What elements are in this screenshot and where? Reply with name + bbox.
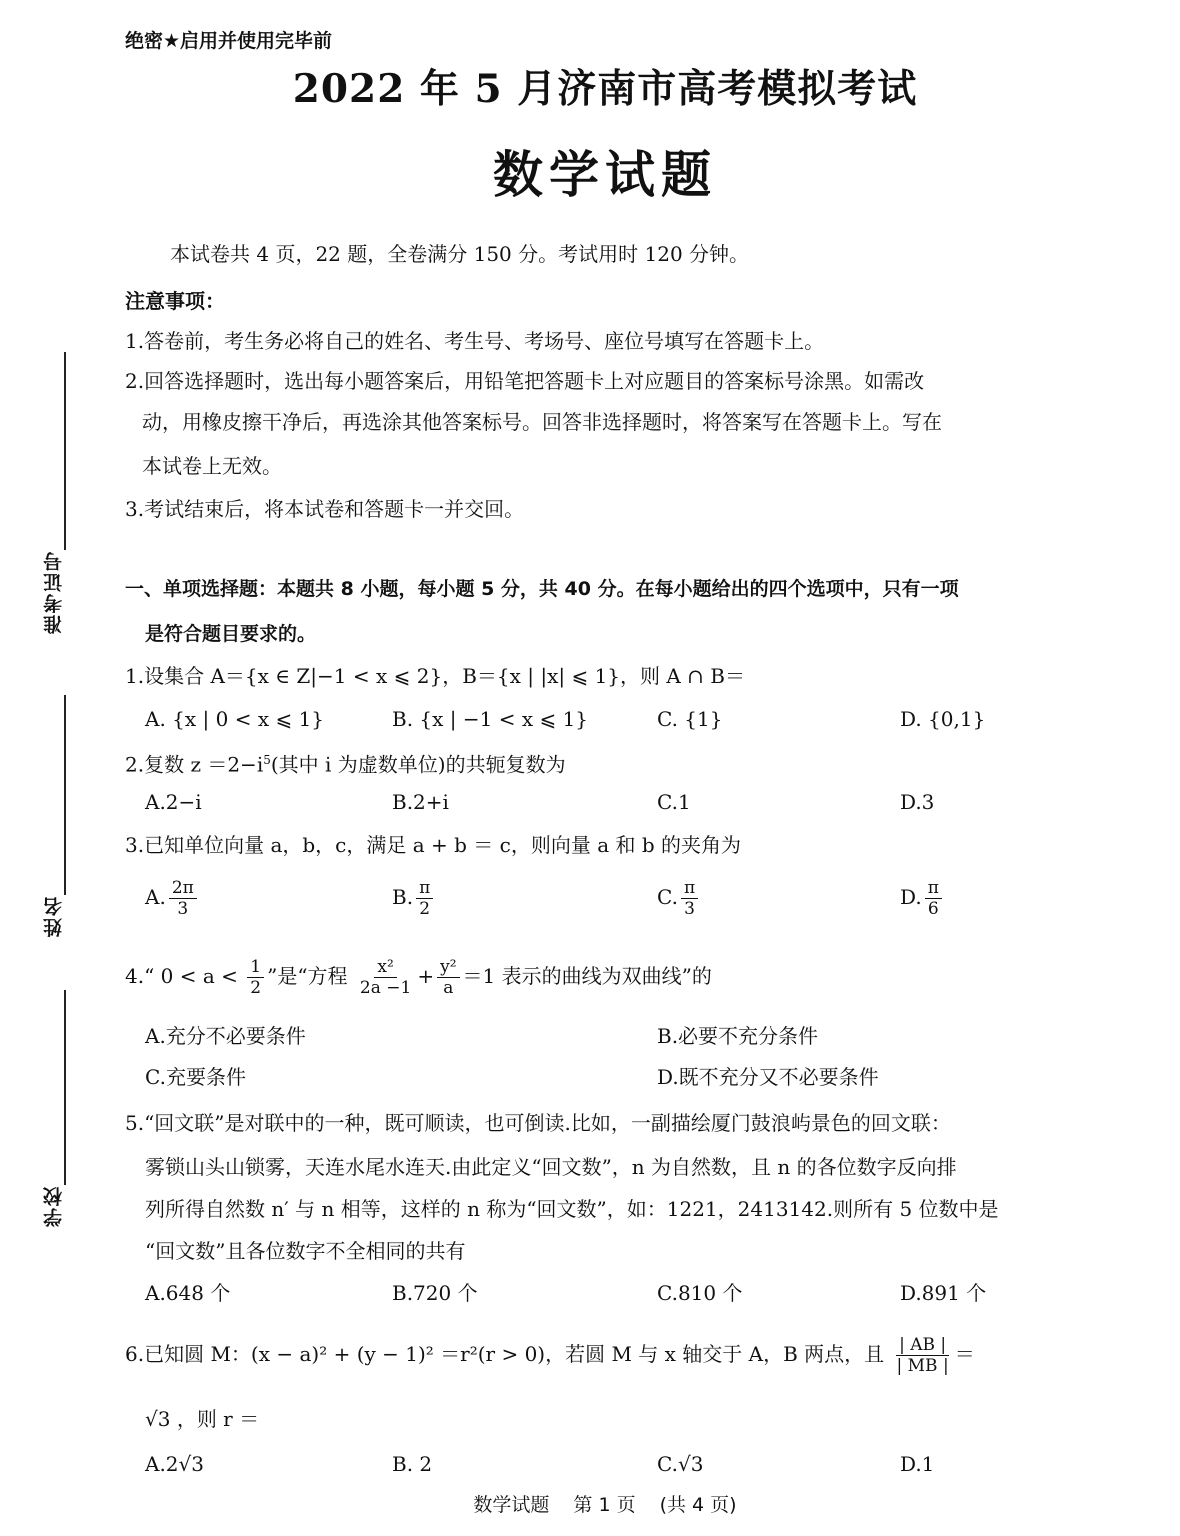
question-4-option-d: D.既不充分又不必要条件 xyxy=(657,1063,879,1091)
denominator: 3 xyxy=(174,899,191,919)
exam-page: 准考证号 姓名 学校 绝密★启用并使用完毕前 2022 年 5 月济南市高考模拟… xyxy=(0,0,1180,1536)
page-footer: 数学试题第 1 页(共 4 页) xyxy=(0,1490,1180,1517)
option-label: C. xyxy=(657,885,678,909)
question-6-stem: 6.已知圆 M：(x − a)² + (y − 1)² ＝r²(r > 0)，若… xyxy=(125,1332,975,1376)
denominator: 2a −1 xyxy=(357,978,414,998)
denominator: | MB | xyxy=(894,1356,952,1376)
denominator: 3 xyxy=(681,899,698,919)
question-1-option-a: A. {x | 0 < x ⩽ 1} xyxy=(145,705,324,733)
question-6-option-d: D.1 xyxy=(900,1450,934,1478)
name-line xyxy=(64,695,66,895)
numerator: y² xyxy=(437,957,459,978)
notice-heading: 注意事项： xyxy=(125,287,225,315)
notice-item-2-cont: 动，用橡皮擦干净后，再选涂其他答案标号。回答非选择题时，将答案写在答题卡上。写在 xyxy=(142,408,942,436)
question-2-stem-post: (其中 i 为虚数单位)的共轭复数为 xyxy=(271,753,566,777)
school-label: 学校 xyxy=(40,1185,67,1227)
question-4-stem-mid: ”是“方程 xyxy=(267,964,347,988)
option-label: A. xyxy=(145,885,166,909)
denominator: 6 xyxy=(925,899,942,919)
question-2-option-a: A.2−i xyxy=(145,788,202,816)
footer-total-pages: (共 4 页) xyxy=(660,1494,737,1516)
question-1-stem: 1.设集合 A＝{x ∈ Z|−1 < x ⩽ 2}，B＝{x | |x| ⩽ … xyxy=(125,662,745,690)
question-1-option-b: B. {x | −1 < x ⩽ 1} xyxy=(392,705,588,733)
admission-number-label: 准考证号 xyxy=(40,550,67,634)
numerator: π xyxy=(681,878,698,899)
school-line xyxy=(64,990,66,1185)
question-6-option-c: C.√3 xyxy=(657,1450,703,1478)
numerator: | AB | xyxy=(896,1335,949,1356)
admission-number-line xyxy=(64,352,66,550)
name-label: 姓名 xyxy=(40,895,67,937)
denominator: 2 xyxy=(247,978,264,998)
question-3-stem: 3.已知单位向量 a，b，c，满足 a + b ＝ c，则向量 a 和 b 的夹… xyxy=(125,831,741,859)
fraction-y-squared: y²a xyxy=(437,957,459,998)
question-4-option-b: B.必要不充分条件 xyxy=(657,1022,818,1050)
plus-sign: + xyxy=(417,964,434,988)
question-1-option-c: C. {1} xyxy=(657,705,722,733)
question-5-option-d: D.891 个 xyxy=(900,1279,986,1307)
fraction-x-squared: x²2a −1 xyxy=(357,957,414,998)
option-label: D. xyxy=(900,885,922,909)
numerator: π xyxy=(925,878,942,899)
equals-sign: ＝ xyxy=(955,1342,975,1366)
notice-item-2-cont2: 本试卷上无效。 xyxy=(142,452,282,480)
denominator: a xyxy=(440,978,456,998)
option-label: B. xyxy=(392,885,413,909)
notice-item-1: 1.答卷前，考生务必将自己的姓名、考生号、考场号、座位号填写在答题卡上。 xyxy=(125,327,824,355)
question-5-stem-line-3: 列所得自然数 n′ 与 n 相等，这样的 n 称为“回文数”，如：1221，24… xyxy=(145,1195,999,1223)
numerator: 1 xyxy=(247,957,264,978)
question-4-option-a: A.充分不必要条件 xyxy=(145,1022,306,1050)
question-2-option-c: C.1 xyxy=(657,788,691,816)
section-1-heading: 一、单项选择题：本题共 8 小题，每小题 5 分，共 40 分。在每小题给出的四… xyxy=(125,575,959,603)
section-1-heading-cont: 是符合题目要求的。 xyxy=(145,620,316,648)
fraction: π2 xyxy=(416,878,433,919)
question-2-exponent: 5 xyxy=(263,753,271,767)
question-5-option-a: A.648 个 xyxy=(145,1279,230,1307)
notice-item-3: 3.考试结束后，将本试卷和答题卡一并交回。 xyxy=(125,495,524,523)
question-2-stem: 2.复数 z ＝2−i5(其中 i 为虚数单位)的共轭复数为 xyxy=(125,746,566,779)
question-3-option-c: C.π3 xyxy=(657,878,701,919)
question-6-option-b: B. 2 xyxy=(392,1450,432,1478)
fraction-one-half: 12 xyxy=(247,957,264,998)
fraction-ab-over-mb: | AB || MB | xyxy=(894,1335,952,1376)
question-5-option-c: C.810 个 xyxy=(657,1279,742,1307)
question-6-option-a: A.2√3 xyxy=(145,1450,204,1478)
exam-intro: 本试卷共 4 页，22 题，全卷满分 150 分。考试用时 120 分钟。 xyxy=(170,240,749,268)
question-3-option-a: A.2π3 xyxy=(145,878,200,919)
numerator: x² xyxy=(374,957,396,978)
question-5-stem-line-1: 5.“回文联”是对联中的一种，既可顺读，也可倒读.比如，一副描绘厦门鼓浪屿景色的… xyxy=(125,1109,951,1137)
question-3-option-d: D.π6 xyxy=(900,878,945,919)
fraction: 2π3 xyxy=(169,878,197,919)
question-2-option-d: D.3 xyxy=(900,788,934,816)
confidential-mark: 绝密★启用并使用完毕前 xyxy=(125,26,332,53)
question-4-option-c: C.充要条件 xyxy=(145,1063,246,1091)
question-1-option-d: D. {0,1} xyxy=(900,705,985,733)
question-4-stem: 4.“ 0 < a < 12”是“方程 x²2a −1+y²a＝1 表示的曲线为… xyxy=(125,954,712,998)
question-5-option-b: B.720 个 xyxy=(392,1279,478,1307)
question-4-stem-pre: 4.“ 0 < a < xyxy=(125,964,238,988)
question-2-stem-pre: 2.复数 z ＝2−i xyxy=(125,753,263,777)
question-6-stem-line-2: √3 ，则 r ＝ xyxy=(145,1405,259,1433)
question-5-stem-line-2: 雾锁山头山锁雾，天连水尾水连天.由此定义“回文数”，n 为自然数，且 n 的各位… xyxy=(145,1153,957,1181)
fraction: π3 xyxy=(681,878,698,919)
question-5-stem-line-4: “回文数”且各位数字不全相同的共有 xyxy=(145,1237,465,1265)
numerator: π xyxy=(416,878,433,899)
question-3-option-b: B.π2 xyxy=(392,878,436,919)
fraction: π6 xyxy=(925,878,942,919)
exam-subject: 数学试题 xyxy=(0,135,1180,207)
denominator: 2 xyxy=(416,899,433,919)
numerator: 2π xyxy=(169,878,197,899)
notice-item-2: 2.回答选择题时，选出每小题答案后，用铅笔把答题卡上对应题目的答案标号涂黑。如需… xyxy=(125,367,924,395)
question-2-option-b: B.2+i xyxy=(392,788,449,816)
question-4-stem-post: ＝1 表示的曲线为双曲线”的 xyxy=(463,964,712,988)
exam-title: 2022 年 5 月济南市高考模拟考试 xyxy=(0,58,1180,114)
footer-subject: 数学试题 xyxy=(473,1494,549,1516)
footer-page-number: 第 1 页 xyxy=(573,1494,635,1516)
question-6-stem-pre: 6.已知圆 M：(x − a)² + (y − 1)² ＝r²(r > 0)，若… xyxy=(125,1342,884,1366)
